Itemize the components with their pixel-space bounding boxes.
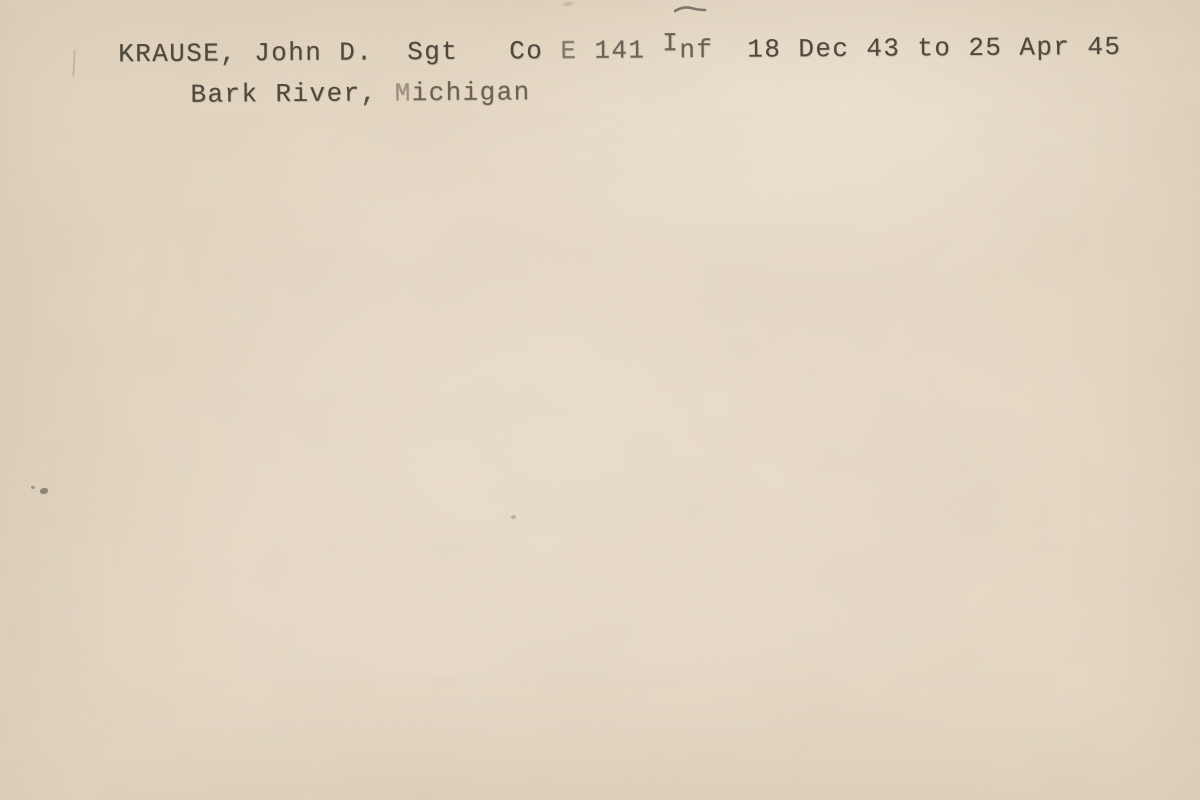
ink-speck-blob: [40, 488, 48, 494]
record-state-initial: M: [394, 78, 411, 108]
record-inf-raised-i: I: [662, 28, 679, 58]
record-service-dates: 18 Dec 43 to 25 Apr 45: [713, 32, 1121, 65]
record-regiment-number: 141: [577, 35, 662, 66]
ink-speck-small: [31, 486, 35, 489]
scanned-index-card: KRAUSE, John D. Sgt Co E 141 Inf 18 Dec …: [0, 0, 1200, 800]
ink-speck-center: [511, 515, 516, 519]
record-line-2: Bark River, Michigan: [88, 47, 531, 140]
record-state-rest: ichigan: [411, 77, 530, 108]
record-city: Bark River,: [190, 78, 394, 109]
typed-text-block: KRAUSE, John D. Sgt Co E 141 Inf 18 Dec …: [0, 0, 1200, 200]
record-company-letter: E: [560, 36, 577, 66]
record-inf-rest: nf: [679, 35, 713, 65]
